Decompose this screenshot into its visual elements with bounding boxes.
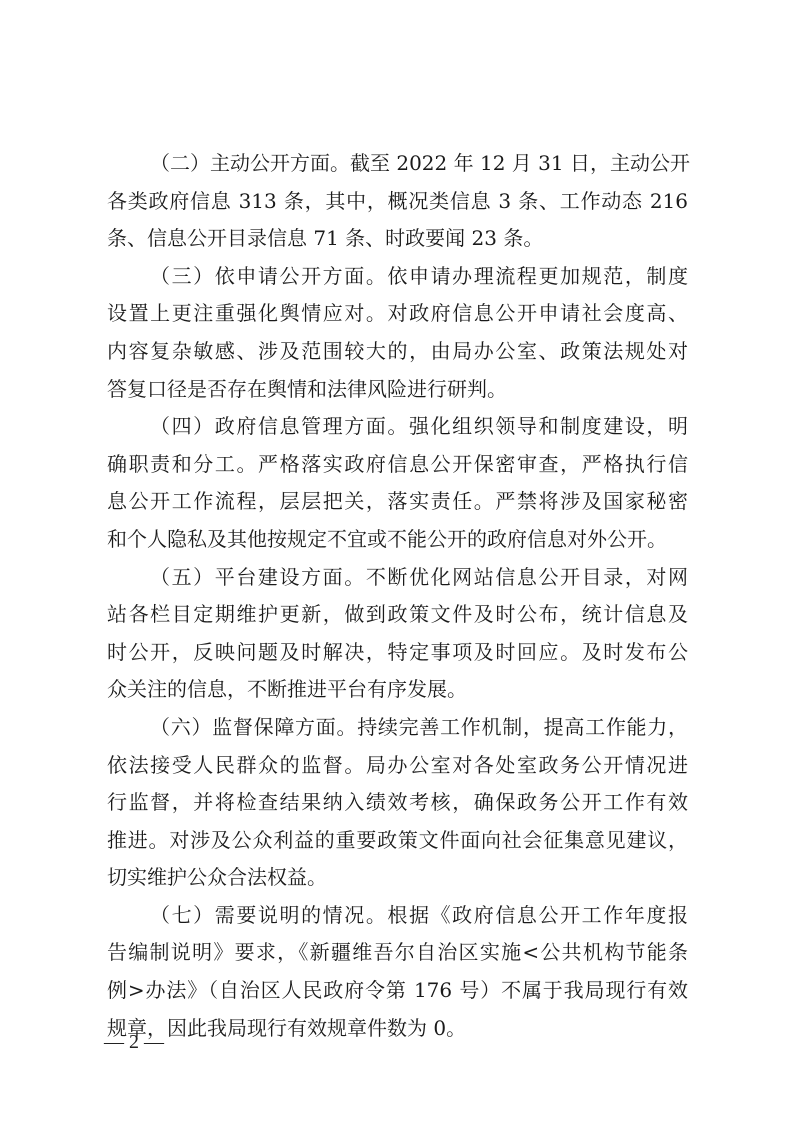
paragraph-proactive-disclosure: （二）主动公开方面。截至 2022 年 12 月 31 日，主动公开 各类政府信… bbox=[107, 145, 688, 258]
text-line: （二）主动公开方面。截至 2022 年 12 月 31 日，主动公开 bbox=[107, 145, 688, 183]
text-line: （三）依申请公开方面。依申请办理流程更加规范，制度 bbox=[107, 258, 688, 296]
text-line: 时公开，反映问题及时解决，特定事项及时回应。及时发布公 bbox=[107, 634, 688, 672]
text-line: （四）政府信息管理方面。强化组织领导和制度建设，明 bbox=[107, 408, 688, 446]
paragraph-disclosure-on-request: （三）依申请公开方面。依申请办理流程更加规范，制度 设置上更注重强化舆情应对。对… bbox=[107, 258, 688, 408]
paragraph-explanatory-notes: （七）需要说明的情况。根据《政府信息公开工作年度报 告编制说明》要求，《新疆维吾… bbox=[107, 897, 688, 1047]
text-line: 行监督，并将检查结果纳入绩效考核，确保政务公开工作有效 bbox=[107, 784, 688, 822]
text-line: 规章，因此我局现行有效规章件数为 0。 bbox=[107, 1010, 688, 1048]
text-line: （六）监督保障方面。持续完善工作机制，提高工作能力， bbox=[107, 709, 688, 747]
text-line: 设置上更注重强化舆情应对。对政府信息公开申请社会度高、 bbox=[107, 295, 688, 333]
text-line: 站各栏目定期维护更新，做到政策文件及时公布，统计信息及 bbox=[107, 596, 688, 634]
text-line: 条、信息公开目录信息 71 条、时政要闻 23 条。 bbox=[107, 220, 688, 258]
document-page: （二）主动公开方面。截至 2022 年 12 月 31 日，主动公开 各类政府信… bbox=[0, 0, 793, 1122]
text-line: （七）需要说明的情况。根据《政府信息公开工作年度报 bbox=[107, 897, 688, 935]
text-line: 确职责和分工。严格落实政府信息公开保密审查，严格执行信 bbox=[107, 446, 688, 484]
text-line: 息公开工作流程，层层把关，落实责任。严禁将涉及国家秘密 bbox=[107, 483, 688, 521]
text-line: 切实维护公众合法权益。 bbox=[107, 859, 688, 897]
text-line: 和个人隐私及其他按规定不宜或不能公开的政府信息对外公开。 bbox=[107, 521, 688, 559]
text-line: 告编制说明》要求，《新疆维吾尔自治区实施<公共机构节能条 bbox=[107, 934, 688, 972]
text-line: 例>办法》（自治区人民政府令第 176 号）不属于我局现行有效 bbox=[107, 972, 688, 1010]
text-line: 众关注的信息，不断推进平台有序发展。 bbox=[107, 671, 688, 709]
paragraph-supervision: （六）监督保障方面。持续完善工作机制，提高工作能力， 依法接受人民群众的监督。局… bbox=[107, 709, 688, 897]
document-body: （二）主动公开方面。截至 2022 年 12 月 31 日，主动公开 各类政府信… bbox=[107, 145, 688, 1047]
paragraph-platform-construction: （五）平台建设方面。不断优化网站信息公开目录，对网 站各栏目定期维护更新，做到政… bbox=[107, 559, 688, 709]
text-line: 内容复杂敏感、涉及范围较大的，由局办公室、政策法规处对 bbox=[107, 333, 688, 371]
paragraph-information-management: （四）政府信息管理方面。强化组织领导和制度建设，明 确职责和分工。严格落实政府信… bbox=[107, 408, 688, 558]
text-line: （五）平台建设方面。不断优化网站信息公开目录，对网 bbox=[107, 559, 688, 597]
text-line: 答复口径是否存在舆情和法律风险进行研判。 bbox=[107, 371, 688, 409]
page-number: — 2 — bbox=[104, 1031, 164, 1054]
text-line: 依法接受人民群众的监督。局办公室对各处室政务公开情况进 bbox=[107, 747, 688, 785]
text-line: 推进。对涉及公众利益的重要政策文件面向社会征集意见建议， bbox=[107, 822, 688, 860]
text-line: 各类政府信息 313 条，其中，概况类信息 3 条、工作动态 216 bbox=[107, 183, 688, 221]
